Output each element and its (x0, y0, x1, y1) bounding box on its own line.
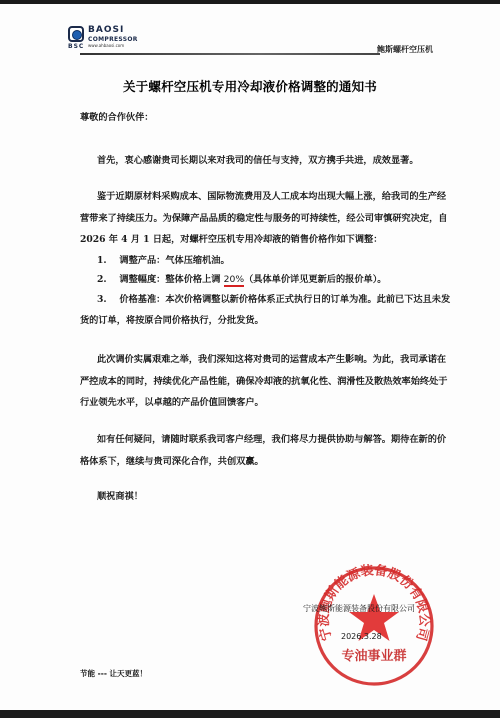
header-divider-long (80, 53, 380, 55)
list-item-number: 3. (97, 294, 107, 305)
list-item-2: 2. 调整幅度：整体价格上调 20%（具体单价详见更新后的报价单）。 (97, 274, 386, 285)
logo-url: www.ahbaosi.com (88, 43, 124, 48)
company-seal-icon: 宁波鲍斯能源装备股份有限公司 专油事业群 (312, 564, 436, 688)
price-increase-highlight: 20% (224, 274, 244, 287)
paragraph-reason-line1: 鉴于近期原材料采购成本、国际物流费用及人工成本均出现大幅上涨，给我司的生产经 (97, 191, 446, 202)
paragraph-reason-line3: 2026 年 4 月 1 日起，对螺杆空压机专用冷却液的销售价格作如下调整： (80, 234, 382, 245)
list-item-label: 调整幅度： (119, 274, 165, 285)
document-page: BSC BAOSI COMPRESSOR www.ahbaosi.com 鲍斯螺… (0, 4, 500, 710)
paragraph-commitment-line1: 此次调价实属艰难之举，我们深知这将对贵司的运营成本产生影响。为此，我司承诺在 (97, 354, 446, 365)
svg-text:专油事业群: 专油事业群 (341, 648, 406, 664)
paragraph-contact-line1: 如有任何疑问，请随时联系我司客户经理，我们将尽力提供协助与解答。期待在新的价 (97, 434, 446, 445)
list-item-label: 调整产品： (119, 255, 165, 266)
list-item-text-after: （具体单价详见更新后的报价单）。 (244, 274, 386, 285)
logo-sub: COMPRESSOR (88, 36, 138, 43)
company-logo: BSC BAOSI COMPRESSOR www.ahbaosi.com (68, 26, 158, 50)
list-item-text: 整体价格上调 (165, 274, 223, 285)
paragraph-thanks: 首先，衷心感谢贵司长期以来对我司的信任与支持，双方携手共进，成效显著。 (97, 155, 419, 166)
closing-greeting: 顺祝商祺！ (97, 491, 143, 502)
compressor-logo-icon (68, 26, 84, 42)
salutation: 尊敬的合作伙伴： (80, 112, 154, 123)
list-item-3-cont: 货的订单，将按原合同价格执行，分批发货。 (80, 315, 264, 326)
bottom-border (0, 710, 500, 718)
logo-initials: BSC (68, 43, 84, 50)
list-item-number: 2. (97, 274, 107, 285)
logo-brand: BAOSI (88, 26, 124, 35)
paragraph-commitment-line2: 严控成本的同时，持续优化产品性能，确保冷却液的抗氧化性、润滑性及散热效率始终处于 (80, 376, 448, 387)
list-item-text: 气体压缩机油。 (165, 255, 229, 266)
signature-company: 宁波鲍斯能源装备股份有限公司 (303, 603, 415, 614)
paragraph-commitment-line3: 行业领先水平，以卓越的产品价值回馈客户。 (80, 397, 264, 408)
signature-date: 2026.3.28 (341, 632, 382, 641)
list-item-1: 1. 调整产品：气体压缩机油。 (97, 255, 230, 266)
list-item-label: 价格基准： (119, 294, 165, 305)
list-item-number: 1. (97, 255, 107, 266)
paragraph-reason-line2: 营带来了持续压力。为保障产品品质的稳定性与服务的可持续性，经公司审慎研究决定，自 (80, 213, 448, 224)
header-product-name: 鲍斯螺杆空压机 (377, 44, 433, 55)
page-title: 关于螺杆空压机专用冷却液价格调整的通知书 (0, 77, 500, 95)
paragraph-contact-line2: 格体系下，继续与贵司深化合作，共创双赢。 (80, 456, 264, 467)
list-item-text: 本次价格调整以新价格体系正式执行日的订单为准。此前已下达且未发 (165, 294, 450, 305)
footer-slogan: 节能 --- 让天更蓝！ (80, 668, 147, 679)
list-item-3: 3. 价格基准：本次价格调整以新价格体系正式执行日的订单为准。此前已下达且未发 (97, 294, 450, 305)
